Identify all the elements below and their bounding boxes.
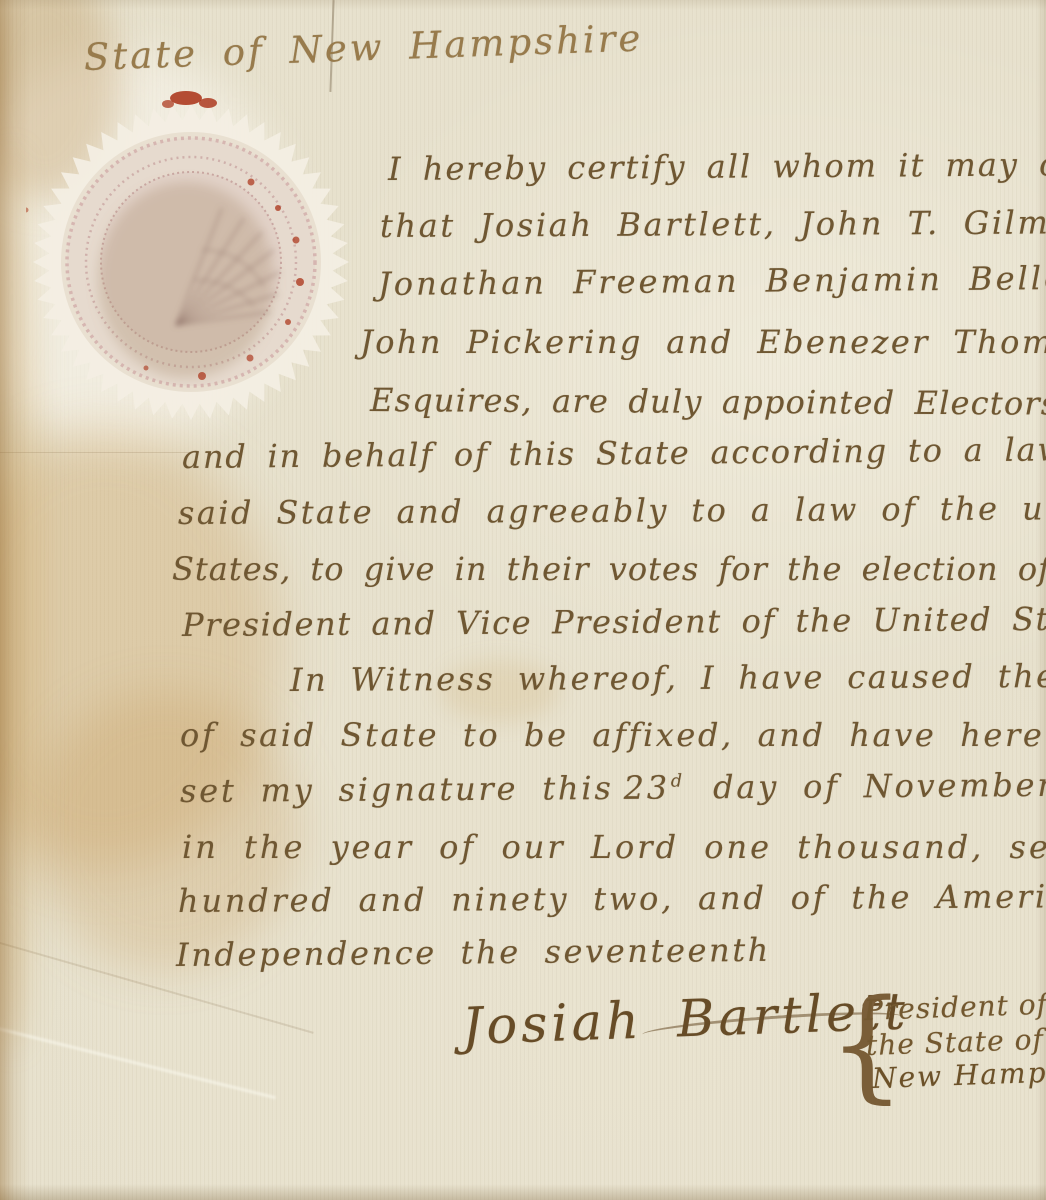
body-line: of said State to be affixed, and have he… xyxy=(180,716,1046,754)
crease-mark xyxy=(0,1024,276,1099)
body-line: and in behalf of this State according to… xyxy=(182,430,1046,476)
body-line: Independence the seventeenth xyxy=(176,931,771,974)
body-line: States, to give in their votes for the e… xyxy=(172,550,1046,588)
body-line: that Josiah Bartlett, John T. Gilman xyxy=(380,203,1046,245)
body-line: I hereby certify all whom it may concern xyxy=(388,144,1046,188)
body-line-date: set my signature this23dday of November xyxy=(180,766,1046,810)
body-line: hundred and ninety two, and of the Ameri… xyxy=(178,877,1046,920)
edge-stain xyxy=(0,150,42,1050)
corner-stain xyxy=(0,0,120,200)
seal-wax-spots xyxy=(26,91,304,380)
crease-mark xyxy=(0,452,190,453)
seal-zigzag-edge xyxy=(33,104,349,420)
body-line: John Pickering and Ebenezer Thompson xyxy=(360,323,1046,361)
signer-title-line: President of xyxy=(863,988,1046,1027)
seal-center-smudge xyxy=(98,182,274,378)
body-line: President and Vice President of the Unit… xyxy=(182,599,1046,644)
signer-title-line: New Hamps xyxy=(871,1055,1046,1095)
paper-fold-highlight xyxy=(0,50,290,450)
body-line: Jonathan Freeman Benjamin Bellows xyxy=(378,259,1046,303)
seal-shell-rays xyxy=(176,208,280,325)
date-line-text: set my signature this xyxy=(180,769,614,810)
document-page: State of New Hampshire I hereby certify … xyxy=(0,0,1046,1200)
date-day-suffix: d xyxy=(671,772,685,792)
body-line: In Witness whereof, I have caused the Se… xyxy=(290,656,1046,699)
document-title: State of New Hampshire xyxy=(83,16,644,79)
body-line: said State and agreeably to a law of the… xyxy=(178,489,1046,532)
date-line-text: day of November xyxy=(713,766,1046,806)
body-line: in the year of our Lord one thousand, se… xyxy=(182,828,1046,866)
seal-outer-ring xyxy=(67,138,315,386)
seal-middle-ring xyxy=(86,157,296,367)
body-line: Esquires, are duly appointed Electors fo… xyxy=(370,381,1046,423)
state-seal-icon xyxy=(26,90,356,435)
seal-pad xyxy=(61,132,321,392)
date-day: 23 xyxy=(623,769,670,807)
seal-inner-ring xyxy=(101,172,281,352)
